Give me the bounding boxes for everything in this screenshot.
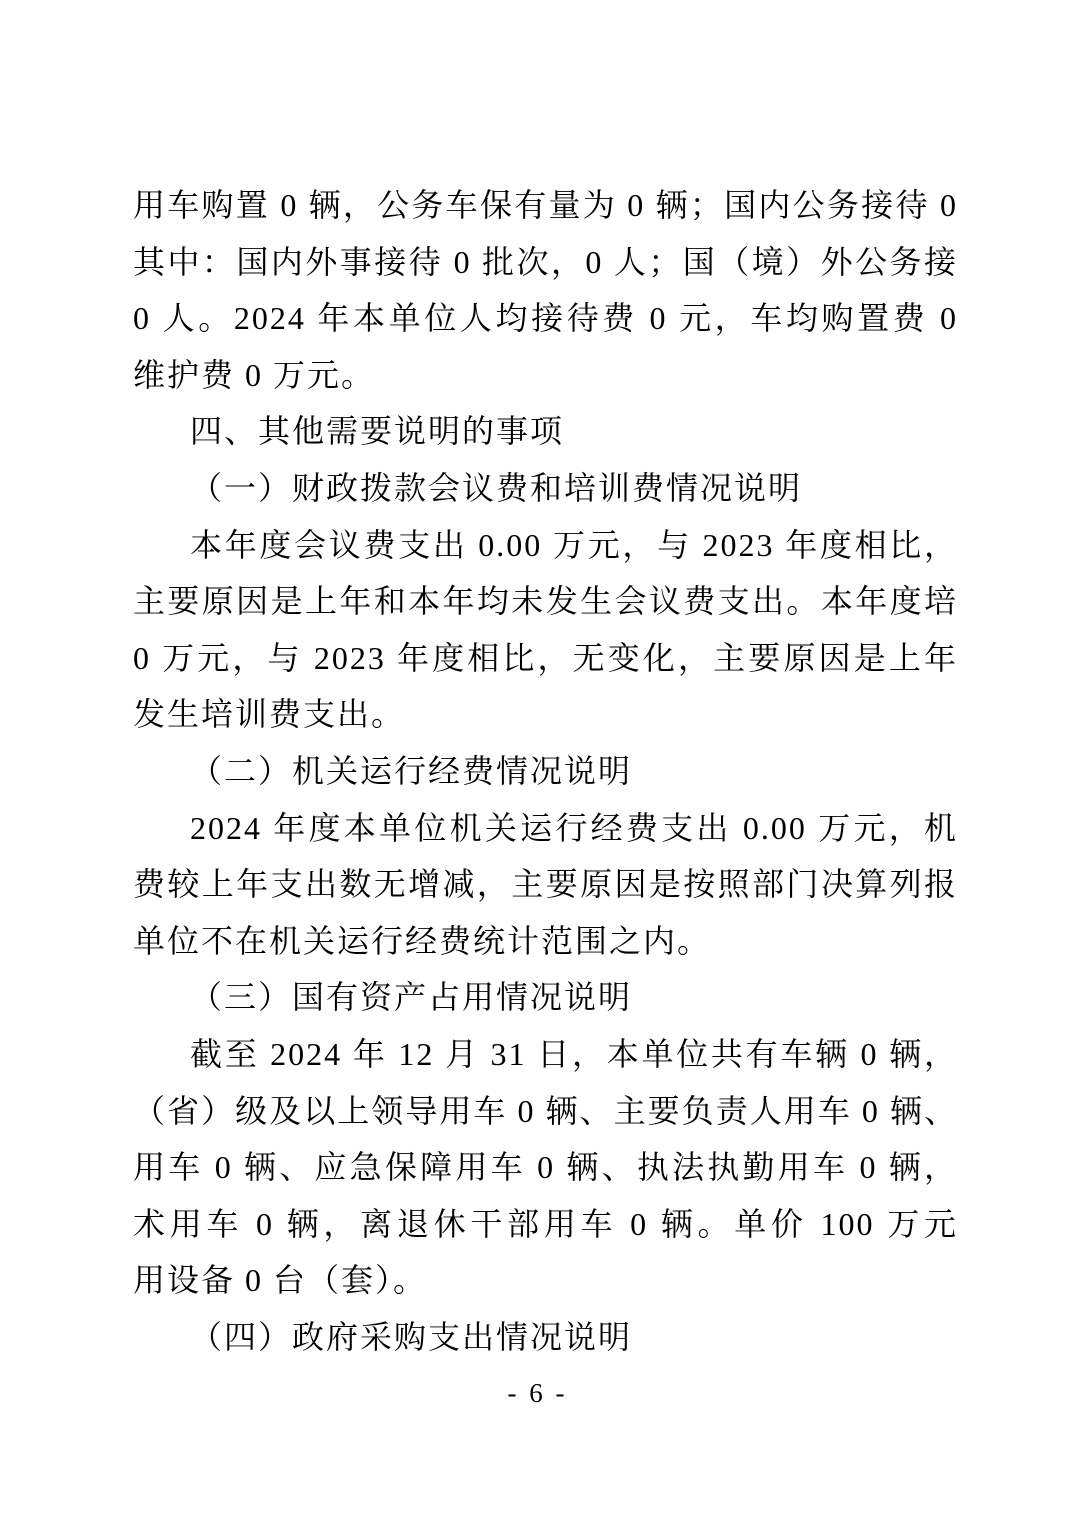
text-line: 单位不在机关运行经费统计范围之内。 bbox=[133, 913, 958, 970]
text-line: 其中：国内外事接待 0 批次，0 人；国（境）外公务接待 0 批次， bbox=[133, 234, 958, 291]
text-line: 费较上年支出数无增减，主要原因是按照部门决算列报口径，我 bbox=[133, 856, 958, 913]
subsection-heading-2: （二）机关运行经费情况说明 bbox=[133, 743, 958, 800]
text-line: 用车 0 辆、应急保障用车 0 辆、执法执勤用车 0 辆，特种专业技 bbox=[133, 1139, 958, 1196]
text-line: 2024 年度本单位机关运行经费支出 0.00 万元，机关运行经 bbox=[133, 800, 958, 857]
text-line: 本年度会议费支出 0.00 万元，与 2023 年度相比，无增减， bbox=[133, 517, 958, 574]
text-line: 用设备 0 台（套）。 bbox=[133, 1252, 958, 1309]
page-number: - 6 - bbox=[508, 1378, 568, 1408]
text-line: 0 人。2024 年本单位人均接待费 0 元，车均购置费 0 万元，车均 bbox=[133, 290, 958, 347]
text-line: 术用车 0 辆，离退休干部用车 0 辆。单价 100 万元（含）以上专 bbox=[133, 1196, 958, 1253]
section-heading-4: 四、其他需要说明的事项 bbox=[133, 403, 958, 460]
text-line: 截至 2024 年 12 月 31 日，本单位共有车辆 0 辆，其中，副部 bbox=[133, 1026, 958, 1083]
text-line: 发生培训费支出。 bbox=[133, 686, 958, 743]
text-line: 0 万元，与 2023 年度相比，无变化，主要原因是上年和本年均未 bbox=[133, 630, 958, 687]
document-page: 用车购置 0 辆，公务车保有量为 0 辆；国内公务接待 0 批次 0 人， 其中… bbox=[0, 0, 1075, 1520]
text-line: 维护费 0 万元。 bbox=[133, 347, 958, 404]
text-line: （省）级及以上领导用车 0 辆、主要负责人用车 0 辆、机要通信 bbox=[133, 1083, 958, 1140]
subsection-heading-3: （三）国有资产占用情况说明 bbox=[133, 969, 958, 1026]
text-line: 用车购置 0 辆，公务车保有量为 0 辆；国内公务接待 0 批次 0 人， bbox=[133, 177, 958, 234]
document-body: 用车购置 0 辆，公务车保有量为 0 辆；国内公务接待 0 批次 0 人， 其中… bbox=[133, 177, 958, 1365]
text-line: 主要原因是上年和本年均未发生会议费支出。本年度培训费支出 bbox=[133, 573, 958, 630]
page-footer: - 6 - bbox=[0, 1378, 1075, 1409]
subsection-heading-4: （四）政府采购支出情况说明 bbox=[133, 1309, 958, 1366]
subsection-heading-1: （一）财政拨款会议费和培训费情况说明 bbox=[133, 460, 958, 517]
